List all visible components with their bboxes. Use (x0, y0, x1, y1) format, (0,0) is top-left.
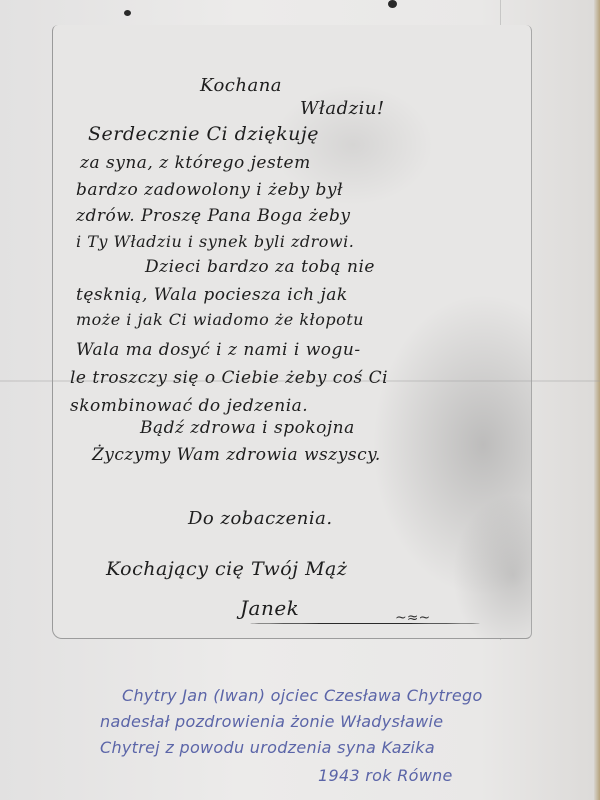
letter-line: Życzymy Wam zdrowia wszyscy. (92, 445, 381, 465)
letter-line: bardzo zadowolony i żeby był (76, 180, 343, 200)
ink-spot (124, 10, 131, 16)
letter-line: le troszczy się o Ciebie żeby coś Ci (70, 368, 388, 388)
letter-line: może i jak Ci wiadomo że kłopotu (76, 310, 364, 329)
salutation-line-2: Władziu! (300, 98, 385, 119)
letter-line: Wala ma dosyć i z nami i wogu- (76, 340, 361, 360)
annotation-date-place: 1943 rok Równe (318, 766, 453, 785)
letter-signature: Janek (240, 596, 299, 620)
letter-line: zdrów. Proszę Pana Boga żeby (76, 206, 350, 226)
paper-edge (594, 0, 600, 800)
signature-underline (250, 623, 480, 624)
letter-sign-off: Kochający cię Twój Mąż (106, 558, 347, 580)
salutation-line-1: Kochana (200, 75, 282, 96)
ink-spot (388, 0, 397, 8)
annotation-line: Chytrej z powodu urodzenia syna Kazika (100, 738, 435, 757)
letter-closing: Do zobaczenia. (188, 508, 333, 529)
letter-line: tęsknią, Wala pociesza ich jak (76, 285, 348, 305)
letter-line: Bądź zdrowa i spokojna (140, 418, 355, 438)
letter-line: skombinować do jedzenia. (70, 396, 308, 416)
annotation-line: Chytry Jan (Iwan) ojciec Czesława Chytre… (122, 686, 483, 705)
letter-line: Serdecznie Ci dziękuję (88, 123, 319, 145)
annotation-line: nadesłał pozdrowienia żonie Władysławie (100, 712, 443, 731)
letter-line: za syna, z którego jestem (80, 153, 311, 173)
letter-line: Dzieci bardzo za tobą nie (145, 257, 375, 277)
letter-photocopy (52, 25, 532, 639)
signature-flourish: ~≈~ (395, 610, 430, 626)
letter-line: i Ty Władziu i synek byli zdrowi. (76, 232, 354, 251)
